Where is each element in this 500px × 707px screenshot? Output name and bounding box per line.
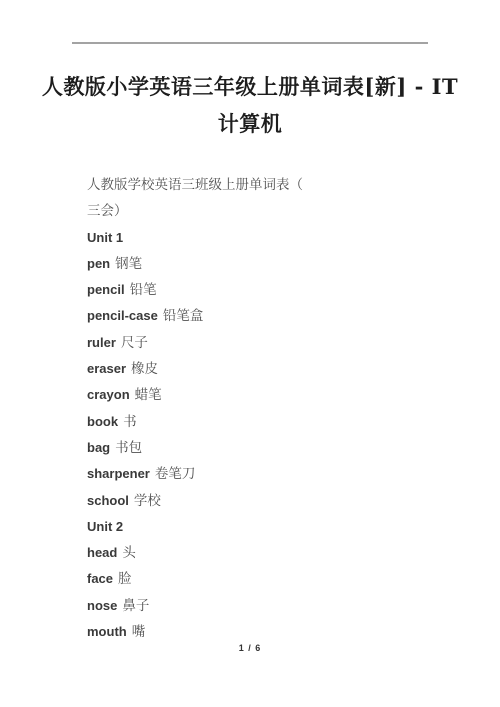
list-line: school学校 — [87, 488, 447, 514]
page-number: 1 / 6 — [0, 643, 500, 653]
chinese-meaning: 蜡笔 — [135, 387, 162, 403]
chinese-meaning: 鼻子 — [122, 598, 149, 614]
document-title: 人教版小学英语三年级上册单词表[新] - IT 计算机 — [0, 68, 500, 142]
document-page: 人教版小学英语三年级上册单词表[新] - IT 计算机 人教版学校英语三班级上册… — [0, 0, 500, 707]
chinese-meaning: 书包 — [115, 440, 142, 456]
chinese-meaning: 橡皮 — [131, 361, 158, 377]
top-divider — [72, 42, 428, 44]
list-line: crayon蜡笔 — [87, 382, 447, 408]
english-term: mouth — [87, 624, 127, 639]
list-line: 人教版学校英语三班级上册单词表（ — [87, 172, 447, 198]
chinese-meaning: 钢笔 — [115, 256, 142, 272]
list-line: sharpener卷笔刀 — [87, 461, 447, 487]
english-term: Unit 1 — [87, 230, 123, 245]
list-line: ruler尺子 — [87, 330, 447, 356]
english-term: book — [87, 414, 118, 429]
english-term: eraser — [87, 361, 126, 376]
list-line: pen钢笔 — [87, 251, 447, 277]
chinese-meaning: 铅笔 — [130, 282, 157, 298]
chinese-meaning: 尺子 — [121, 335, 148, 351]
english-term: school — [87, 493, 129, 508]
chinese-meaning: 头 — [122, 545, 136, 561]
list-line: pencil-case铅笔盒 — [87, 303, 447, 329]
word-list: 人教版学校英语三班级上册单词表（三会）Unit 1pen钢笔pencil铅笔pe… — [87, 172, 447, 645]
english-term: bag — [87, 440, 110, 455]
list-line: face脸 — [87, 566, 447, 592]
english-term: sharpener — [87, 466, 150, 481]
title-line-1: 人教版小学英语三年级上册单词表[新] - IT — [0, 68, 500, 105]
list-line: 三会） — [87, 198, 447, 224]
english-term: pencil — [87, 282, 125, 297]
list-line: Unit 2 — [87, 514, 447, 540]
chinese-meaning: 三会） — [87, 203, 128, 219]
chinese-meaning: 脸 — [118, 571, 132, 587]
english-term: Unit 2 — [87, 519, 123, 534]
list-line: Unit 1 — [87, 225, 447, 251]
chinese-meaning: 卷笔刀 — [155, 466, 196, 482]
list-line: head头 — [87, 540, 447, 566]
list-line: bag书包 — [87, 435, 447, 461]
chinese-meaning: 人教版学校英语三班级上册单词表（ — [87, 177, 303, 193]
english-term: nose — [87, 598, 117, 613]
list-line: book书 — [87, 409, 447, 435]
list-line: pencil铅笔 — [87, 277, 447, 303]
chinese-meaning: 书 — [123, 414, 137, 430]
list-line: mouth嘴 — [87, 619, 447, 645]
english-term: pen — [87, 256, 110, 271]
list-line: nose鼻子 — [87, 593, 447, 619]
chinese-meaning: 嘴 — [132, 624, 146, 640]
chinese-meaning: 铅笔盒 — [163, 308, 204, 324]
english-term: pencil-case — [87, 308, 158, 323]
english-term: head — [87, 545, 117, 560]
english-term: face — [87, 571, 113, 586]
english-term: ruler — [87, 335, 116, 350]
english-term: crayon — [87, 387, 130, 402]
list-line: eraser橡皮 — [87, 356, 447, 382]
title-line-2: 计算机 — [0, 105, 500, 142]
chinese-meaning: 学校 — [134, 493, 161, 509]
